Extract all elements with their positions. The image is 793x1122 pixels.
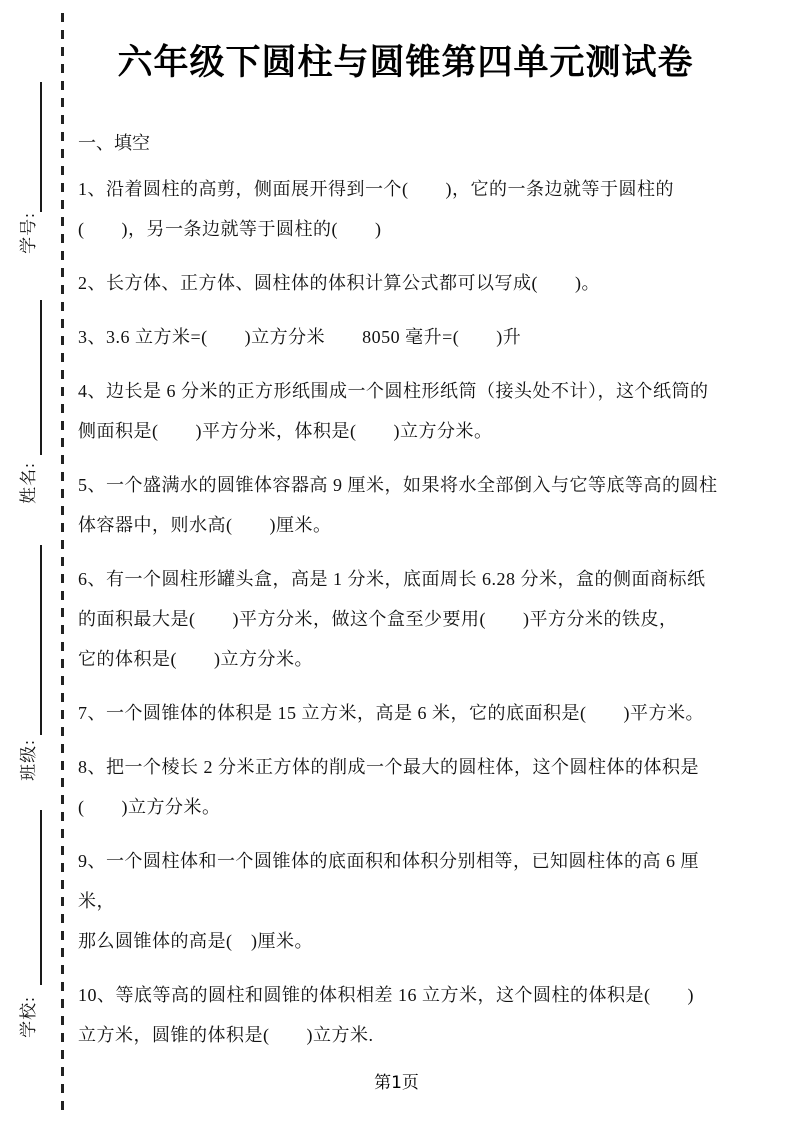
question-line: ( )立方分米。 xyxy=(78,787,733,827)
question-line: 1、沿着圆柱的高剪，侧面展开得到一个( )，它的一条边就等于圆柱的 xyxy=(78,169,733,209)
question-line: 8、把一个棱长 2 分米正方体的削成一个最大的圆柱体，这个圆柱体的体积是 xyxy=(78,747,733,787)
question-1: 1、沿着圆柱的高剪，侧面展开得到一个( )，它的一条边就等于圆柱的 ( )，另一… xyxy=(78,169,733,249)
question-4: 4、边长是 6 分米的正方形纸围成一个圆柱形纸筒（接头处不计），这个纸筒的 侧面… xyxy=(78,371,733,451)
seal-dashed-line xyxy=(61,13,64,1110)
section-heading-fill-in-blanks: 一、填空 xyxy=(78,131,733,155)
question-line: 4、边长是 6 分米的正方形纸围成一个圆柱形纸筒（接头处不计），这个纸筒的 xyxy=(78,371,733,411)
question-line: 2、长方体、正方体、圆柱体的体积计算公式都可以写成( )。 xyxy=(78,263,733,303)
margin-label-name: 姓名: xyxy=(18,450,40,516)
question-line: 9、一个圆柱体和一个圆锥体的底面积和体积分别相等，已知圆柱体的高 6 厘米， xyxy=(78,841,733,921)
margin-label-class: 班级: xyxy=(18,727,40,793)
question-10: 10、等底等高的圆柱和圆锥的体积相差 16 立方米，这个圆柱的体积是( ) 立方… xyxy=(78,975,733,1055)
question-line: 那么圆锥体的高是( )厘米。 xyxy=(78,921,733,961)
question-9: 9、一个圆柱体和一个圆锥体的底面积和体积分别相等，已知圆柱体的高 6 厘米， 那… xyxy=(78,841,733,961)
margin-label-school: 学校: xyxy=(18,984,40,1050)
question-line: 7、一个圆锥体的体积是 15 立方米，高是 6 米，它的底面积是( )平方米。 xyxy=(78,693,733,733)
question-line: 10、等底等高的圆柱和圆锥的体积相差 16 立方米，这个圆柱的体积是( ) xyxy=(78,975,733,1015)
margin-writing-line-class xyxy=(40,545,42,735)
question-6: 6、有一个圆柱形罐头盒，高是 1 分米，底面周长 6.28 分米，盒的侧面商标纸… xyxy=(78,559,733,679)
question-line: 立方米，圆锥的体积是( )立方米. xyxy=(78,1015,733,1055)
question-3: 3、3.6 立方米=( )立方分米 8050 毫升=( )升 xyxy=(78,317,733,357)
page-number: 第1页 xyxy=(0,1068,793,1093)
question-8: 8、把一个棱长 2 分米正方体的削成一个最大的圆柱体，这个圆柱体的体积是 ( )… xyxy=(78,747,733,827)
question-line: 体容器中，则水高( )厘米。 xyxy=(78,505,733,545)
question-line: 6、有一个圆柱形罐头盒，高是 1 分米，底面周长 6.28 分米，盒的侧面商标纸 xyxy=(78,559,733,599)
question-line: 的面积最大是( )平方分米，做这个盒至少要用( )平方分米的铁皮， xyxy=(78,599,733,639)
margin-writing-line-student-id xyxy=(40,82,42,212)
question-line: 它的体积是( )立方分米。 xyxy=(78,639,733,679)
question-5: 5、一个盛满水的圆锥体容器高 9 厘米，如果将水全部倒入与它等底等高的圆柱 体容… xyxy=(78,465,733,545)
question-line: 5、一个盛满水的圆锥体容器高 9 厘米，如果将水全部倒入与它等底等高的圆柱 xyxy=(78,465,733,505)
question-line: 3、3.6 立方米=( )立方分米 8050 毫升=( )升 xyxy=(78,317,733,357)
question-line: ( )，另一条边就等于圆柱的( ) xyxy=(78,209,733,249)
margin-writing-line-name xyxy=(40,300,42,455)
question-line: 侧面积是( )平方分米，体积是( )立方分米。 xyxy=(78,411,733,451)
question-7: 7、一个圆锥体的体积是 15 立方米，高是 6 米，它的底面积是( )平方米。 xyxy=(78,693,733,733)
margin-writing-line-school xyxy=(40,810,42,985)
paper-content: 六年级下圆柱与圆锥第四单元测试卷 一、填空 1、沿着圆柱的高剪，侧面展开得到一个… xyxy=(78,0,733,1055)
test-paper-page: 学号: 姓名: 班级: 学校: 六年级下圆柱与圆锥第四单元测试卷 一、填空 1、… xyxy=(0,0,793,1122)
page-title: 六年级下圆柱与圆锥第四单元测试卷 xyxy=(78,0,733,87)
margin-label-student-id: 学号: xyxy=(18,200,40,266)
question-2: 2、长方体、正方体、圆柱体的体积计算公式都可以写成( )。 xyxy=(78,263,733,303)
